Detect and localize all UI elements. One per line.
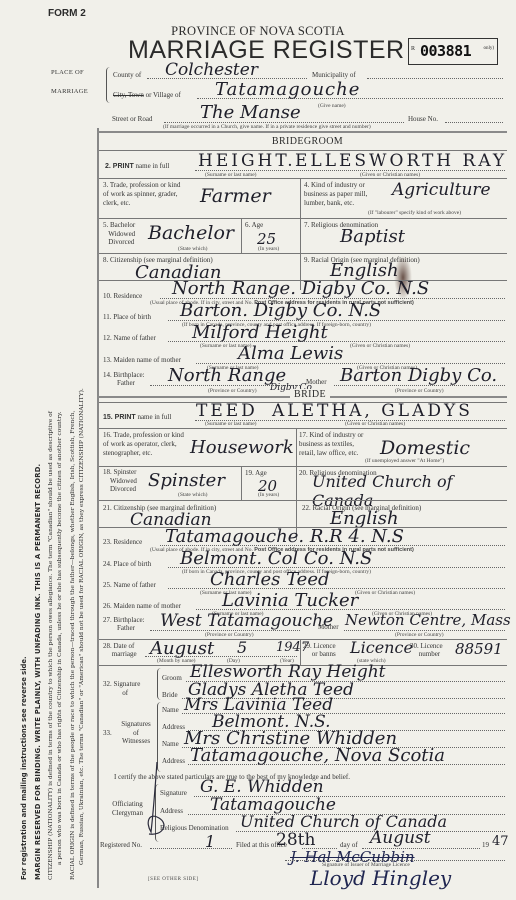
f14-label: 14. Birthplace: Father	[103, 371, 145, 387]
f19-label: 19. Age	[245, 469, 267, 477]
f7-value: Baptist	[340, 226, 405, 247]
margin-line-5: RACIAL ORIGIN is defined in terms of the…	[70, 411, 76, 880]
municipality-line	[367, 78, 503, 79]
f2-label-text: name in full	[136, 162, 170, 170]
f29-label-2: or banns	[312, 650, 336, 658]
f15-given: ALETHA, GLADYS	[272, 401, 473, 421]
f4-hint: (If "labourer" specify kind of work abov…	[368, 210, 461, 216]
f18-label-1: 18. Spinster	[103, 468, 136, 476]
f2-given: ELLESWORTH RAY	[295, 151, 507, 171]
f18-label-3: Divorced	[110, 485, 136, 493]
f12-hint-given: (Given or Christian names)	[350, 343, 410, 349]
house-label: House No.	[408, 115, 438, 123]
f14-father-hint: (Province or Country)	[208, 388, 257, 394]
filed-month: August	[370, 828, 431, 848]
f26-value: Lavinia Tucker	[222, 590, 358, 611]
street-hint: (If marriage occurred in a Church, give …	[163, 124, 371, 130]
f5-label-3: Divorced	[108, 238, 134, 246]
f28-label: 28. Date of marriage	[103, 642, 137, 658]
form-number: FORM 2	[48, 8, 86, 19]
city-value: Tatamagouche	[215, 79, 360, 100]
register-number-box: R 003881 only)	[408, 38, 498, 65]
f13-label: 13. Maiden name of mother	[103, 356, 181, 364]
city-label-rest: or Village of	[146, 91, 181, 99]
f23-label: 23. Residence	[103, 538, 142, 546]
register-number: 003881	[420, 42, 471, 60]
f3-value: Farmer	[200, 185, 271, 207]
register-suffix: only)	[483, 46, 494, 51]
f16-label: 16. Trade, profession or kind of work as…	[103, 431, 185, 458]
place-brace	[106, 67, 111, 103]
f15-surname: TEED	[196, 401, 258, 421]
street-label: Street or Road	[112, 115, 152, 123]
f18-label-2: Widowed	[110, 477, 137, 485]
f2-label: 2. PRINT name in full	[105, 162, 169, 170]
f18-label: 18. Spinster Widowed Divorced	[103, 468, 137, 494]
f14-mother-hint: (Province or Country)	[395, 388, 444, 394]
f24-value: Belmont. Col Co. N.S	[180, 548, 372, 569]
f33-label-2: of	[133, 729, 139, 737]
f24-label: 24. Place of birth	[103, 560, 151, 568]
f30-value: 88591	[455, 640, 503, 658]
street-value: The Manse	[200, 102, 301, 123]
county-label: County of	[113, 71, 141, 79]
f14-label-2: Father	[117, 379, 135, 387]
f17-hint: (If unemployed answer "At Home")	[365, 458, 444, 464]
f2-print: 2. PRINT	[105, 163, 134, 170]
bride-heading: BRIDE	[290, 389, 330, 400]
registered-no-value: 1	[205, 832, 215, 851]
witness2-address: Tatamagouche, Nova Scotia	[190, 745, 445, 766]
f5-value: Bachelor	[148, 222, 234, 244]
f18-value: Spinster	[148, 470, 225, 491]
f15-hint-surname: (Surname or last name)	[205, 421, 256, 427]
f15-hint-given: (Given or Christian names)	[345, 421, 405, 427]
f33-label-3: Witnesses	[122, 737, 150, 745]
f3-label: 3. Trade, profession or kind of work as …	[103, 181, 183, 208]
registered-no-label: Registered No.	[100, 841, 142, 849]
f4-value: Agriculture	[392, 180, 491, 200]
f32-label: 32. Signature of	[103, 680, 140, 698]
f17-label: 17. Kind of industry or business as text…	[299, 431, 369, 458]
f23-value: Tatamagouche. R.R 4. N.S	[165, 526, 404, 547]
f5-label-1: 5. Bachelor	[103, 221, 135, 229]
f33-label-1: Signatures	[121, 720, 151, 728]
column-divider	[241, 466, 242, 500]
f30-label-2: number	[419, 650, 440, 658]
registered-no-line	[150, 848, 232, 849]
f28-day: 5	[237, 638, 247, 657]
f27-label-1: 27. Birthplace:	[103, 616, 145, 624]
f32-label-1: 32. Signature	[103, 680, 140, 688]
f15-print: 15. PRINT	[103, 414, 136, 421]
groom-sig-label: Groom	[162, 674, 182, 682]
f10-label: 10. Residence	[103, 292, 142, 300]
rule	[99, 500, 507, 501]
pen-stroke-mark	[135, 760, 175, 840]
f25-value: Charles Teed	[210, 569, 330, 590]
f18-hint: (State which)	[178, 492, 207, 498]
margin-line-3: CITIZENSHIP (NATIONALITY) is defined in …	[48, 411, 54, 880]
f27-mother-label: Mother	[318, 623, 339, 631]
f14-mother-value: Barton Digby Co.	[340, 365, 497, 386]
issuer-line	[285, 860, 505, 861]
groom-signature: Ellesworth Ray Height	[190, 662, 385, 682]
f32-label-2: of	[122, 689, 128, 697]
register-prefix: R	[411, 46, 415, 52]
rule	[99, 218, 507, 219]
municipality-label: Municipality of	[312, 71, 356, 79]
f27-mother-value: Newton Centre, Mass	[345, 611, 511, 629]
city-hint: (Give name)	[318, 103, 346, 109]
city-label-struck: City, Town	[113, 91, 144, 99]
f29-value: Licence	[350, 638, 413, 657]
rule	[99, 466, 507, 467]
f26-label: 26. Maiden name of mother	[103, 602, 181, 610]
f13-value: Alma Lewis	[238, 343, 343, 364]
margin-line-2: MARGIN RESERVED FOR BINDING. WRITE PLAIN…	[34, 464, 42, 880]
column-divider	[296, 428, 297, 540]
f27-father-value: West Tatamagouche	[160, 611, 333, 631]
f29-label-1: 29. Licence	[303, 642, 336, 650]
f30-label-1: 30. Licence	[410, 642, 443, 650]
f28-label-1: 28. Date of	[103, 642, 134, 650]
rule	[99, 428, 507, 429]
filed-year: 47	[492, 834, 509, 849]
bridegroom-heading: BRIDEGROOM	[99, 136, 516, 147]
f27-mother-line	[344, 630, 505, 631]
filed-day: 28th	[276, 830, 315, 850]
margin-line-6: German, Russian, Ukrainian, etc. The ter…	[79, 388, 85, 865]
clergy-signature: G. E. Whidden	[200, 777, 324, 797]
binding-rule	[97, 128, 99, 888]
witness2-name-label: Name	[162, 740, 179, 748]
f4-label: 4. Kind of industry or business as paper…	[304, 181, 376, 208]
f27-label-2: Father	[117, 624, 135, 632]
f15-label: 15. PRINT name in full	[103, 413, 171, 421]
f5-label: 5. Bachelor Widowed Divorced	[103, 221, 135, 247]
f33-number: 33.	[103, 729, 112, 737]
margin-line-1: For registration and mailing instruction…	[20, 656, 28, 880]
f28-label-2: marriage	[112, 650, 137, 658]
place-label-1: PLACE OF	[51, 69, 84, 76]
witness1-address-label: Address	[162, 723, 185, 731]
rule	[99, 178, 507, 179]
f15-label-text: name in full	[137, 413, 171, 421]
f30-label: 30. Licence number	[410, 642, 443, 658]
margin-line-4: a person who was born in Canada or who h…	[57, 412, 63, 865]
column-divider	[241, 218, 242, 253]
f19-hint: (In years)	[258, 492, 279, 498]
bride-sig-label: Bride	[162, 691, 178, 699]
f28-line	[145, 656, 297, 657]
f14-father-value: North Range	[168, 365, 286, 386]
f6-label: 6. Age	[245, 221, 263, 229]
year-prefix: 19	[482, 841, 489, 849]
f25-hint-given: (Given or Christian names)	[355, 590, 415, 596]
f5-hint: (State which)	[178, 246, 207, 252]
f14-mother-label: Mother	[306, 378, 327, 386]
place-label-2: MARRIAGE	[51, 88, 88, 95]
house-line	[445, 122, 503, 123]
f27-label: 27. Birthplace: Father	[103, 616, 145, 632]
f17-value: Domestic	[380, 437, 470, 459]
column-divider	[300, 178, 301, 290]
f12-label: 12. Name of father	[103, 334, 156, 342]
f10-value: North Range. Digby Co. N.S	[172, 278, 429, 299]
see-other-side: [SEE OTHER SIDE]	[148, 877, 199, 882]
f11-label: 11. Place of birth	[103, 313, 151, 321]
f5-label-2: Widowed	[108, 230, 135, 238]
f29-label: 29. Licence or banns	[303, 642, 336, 658]
f33-label: SignaturesofWitnesses	[117, 720, 155, 746]
frame-top	[97, 131, 507, 133]
issuer-signature: Lloyd Hingley	[310, 866, 451, 890]
rule	[99, 253, 507, 254]
f6-hint: (In years)	[258, 246, 279, 252]
f11-value: Barton. Digby Co. N.S	[180, 300, 381, 321]
f25-label: 25. Name of father	[103, 581, 156, 589]
f12-value: Milford Height	[192, 322, 328, 343]
f16-value: Housework	[190, 437, 294, 458]
city-label: City, Town or Village of	[113, 91, 181, 99]
witness1-name-label: Name	[162, 706, 179, 714]
f2-surname: HEIGHT.	[198, 151, 296, 171]
county-value: Colchester	[165, 60, 258, 80]
f14-label-1: 14. Birthplace:	[103, 371, 145, 379]
